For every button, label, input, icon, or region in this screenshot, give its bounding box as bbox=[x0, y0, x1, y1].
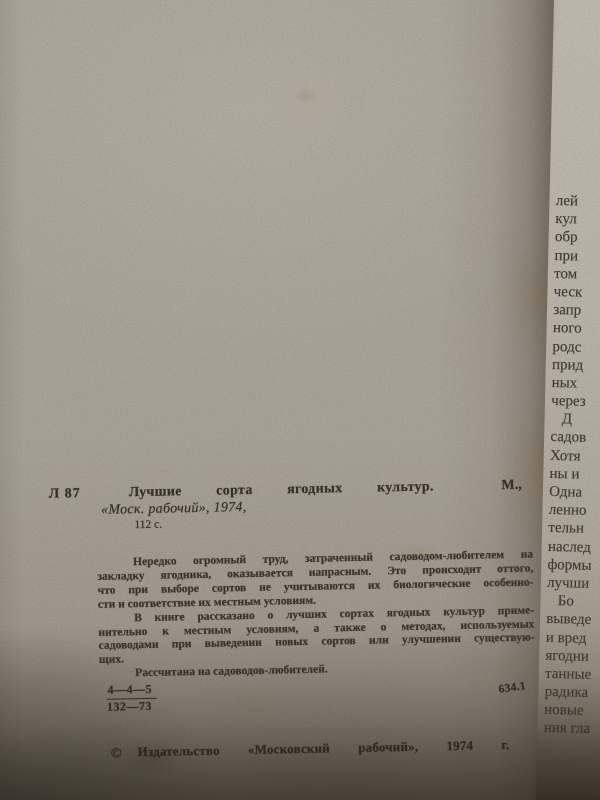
print-order-code: 4—4—5 132—73 bbox=[106, 683, 156, 714]
annotation-paragraph-1: Нередко огромный труд, затраченный садов… bbox=[97, 549, 534, 613]
copyright-text: Издательство «Московский рабочий», 1974 … bbox=[137, 737, 509, 760]
catalog-code: Л 87 bbox=[49, 485, 81, 503]
copyright-icon: © bbox=[111, 745, 122, 761]
publication-city: М., bbox=[501, 477, 522, 494]
copyright-line: ©Издательство «Московский рабочий», 1974… bbox=[111, 737, 510, 761]
annotation-paragraph-2: В книге рассказано о лучших сортах ягодн… bbox=[98, 604, 535, 668]
imprint-page: Л 87 Лучшие сорта ягодных культур. М., «… bbox=[0, 0, 600, 800]
catalog-entry: Л 87 Лучшие сорта ягодных культур. М., «… bbox=[49, 477, 523, 534]
book-photo: лейкулобрпритомческзапрногородспридныхче… bbox=[0, 0, 600, 800]
print-code-denominator: 132—73 bbox=[107, 699, 157, 714]
udc-number: 634.1 bbox=[498, 680, 527, 696]
annotation: Нередко огромный труд, затраченный садов… bbox=[97, 549, 535, 683]
print-code-numerator: 4—4—5 bbox=[106, 683, 156, 700]
